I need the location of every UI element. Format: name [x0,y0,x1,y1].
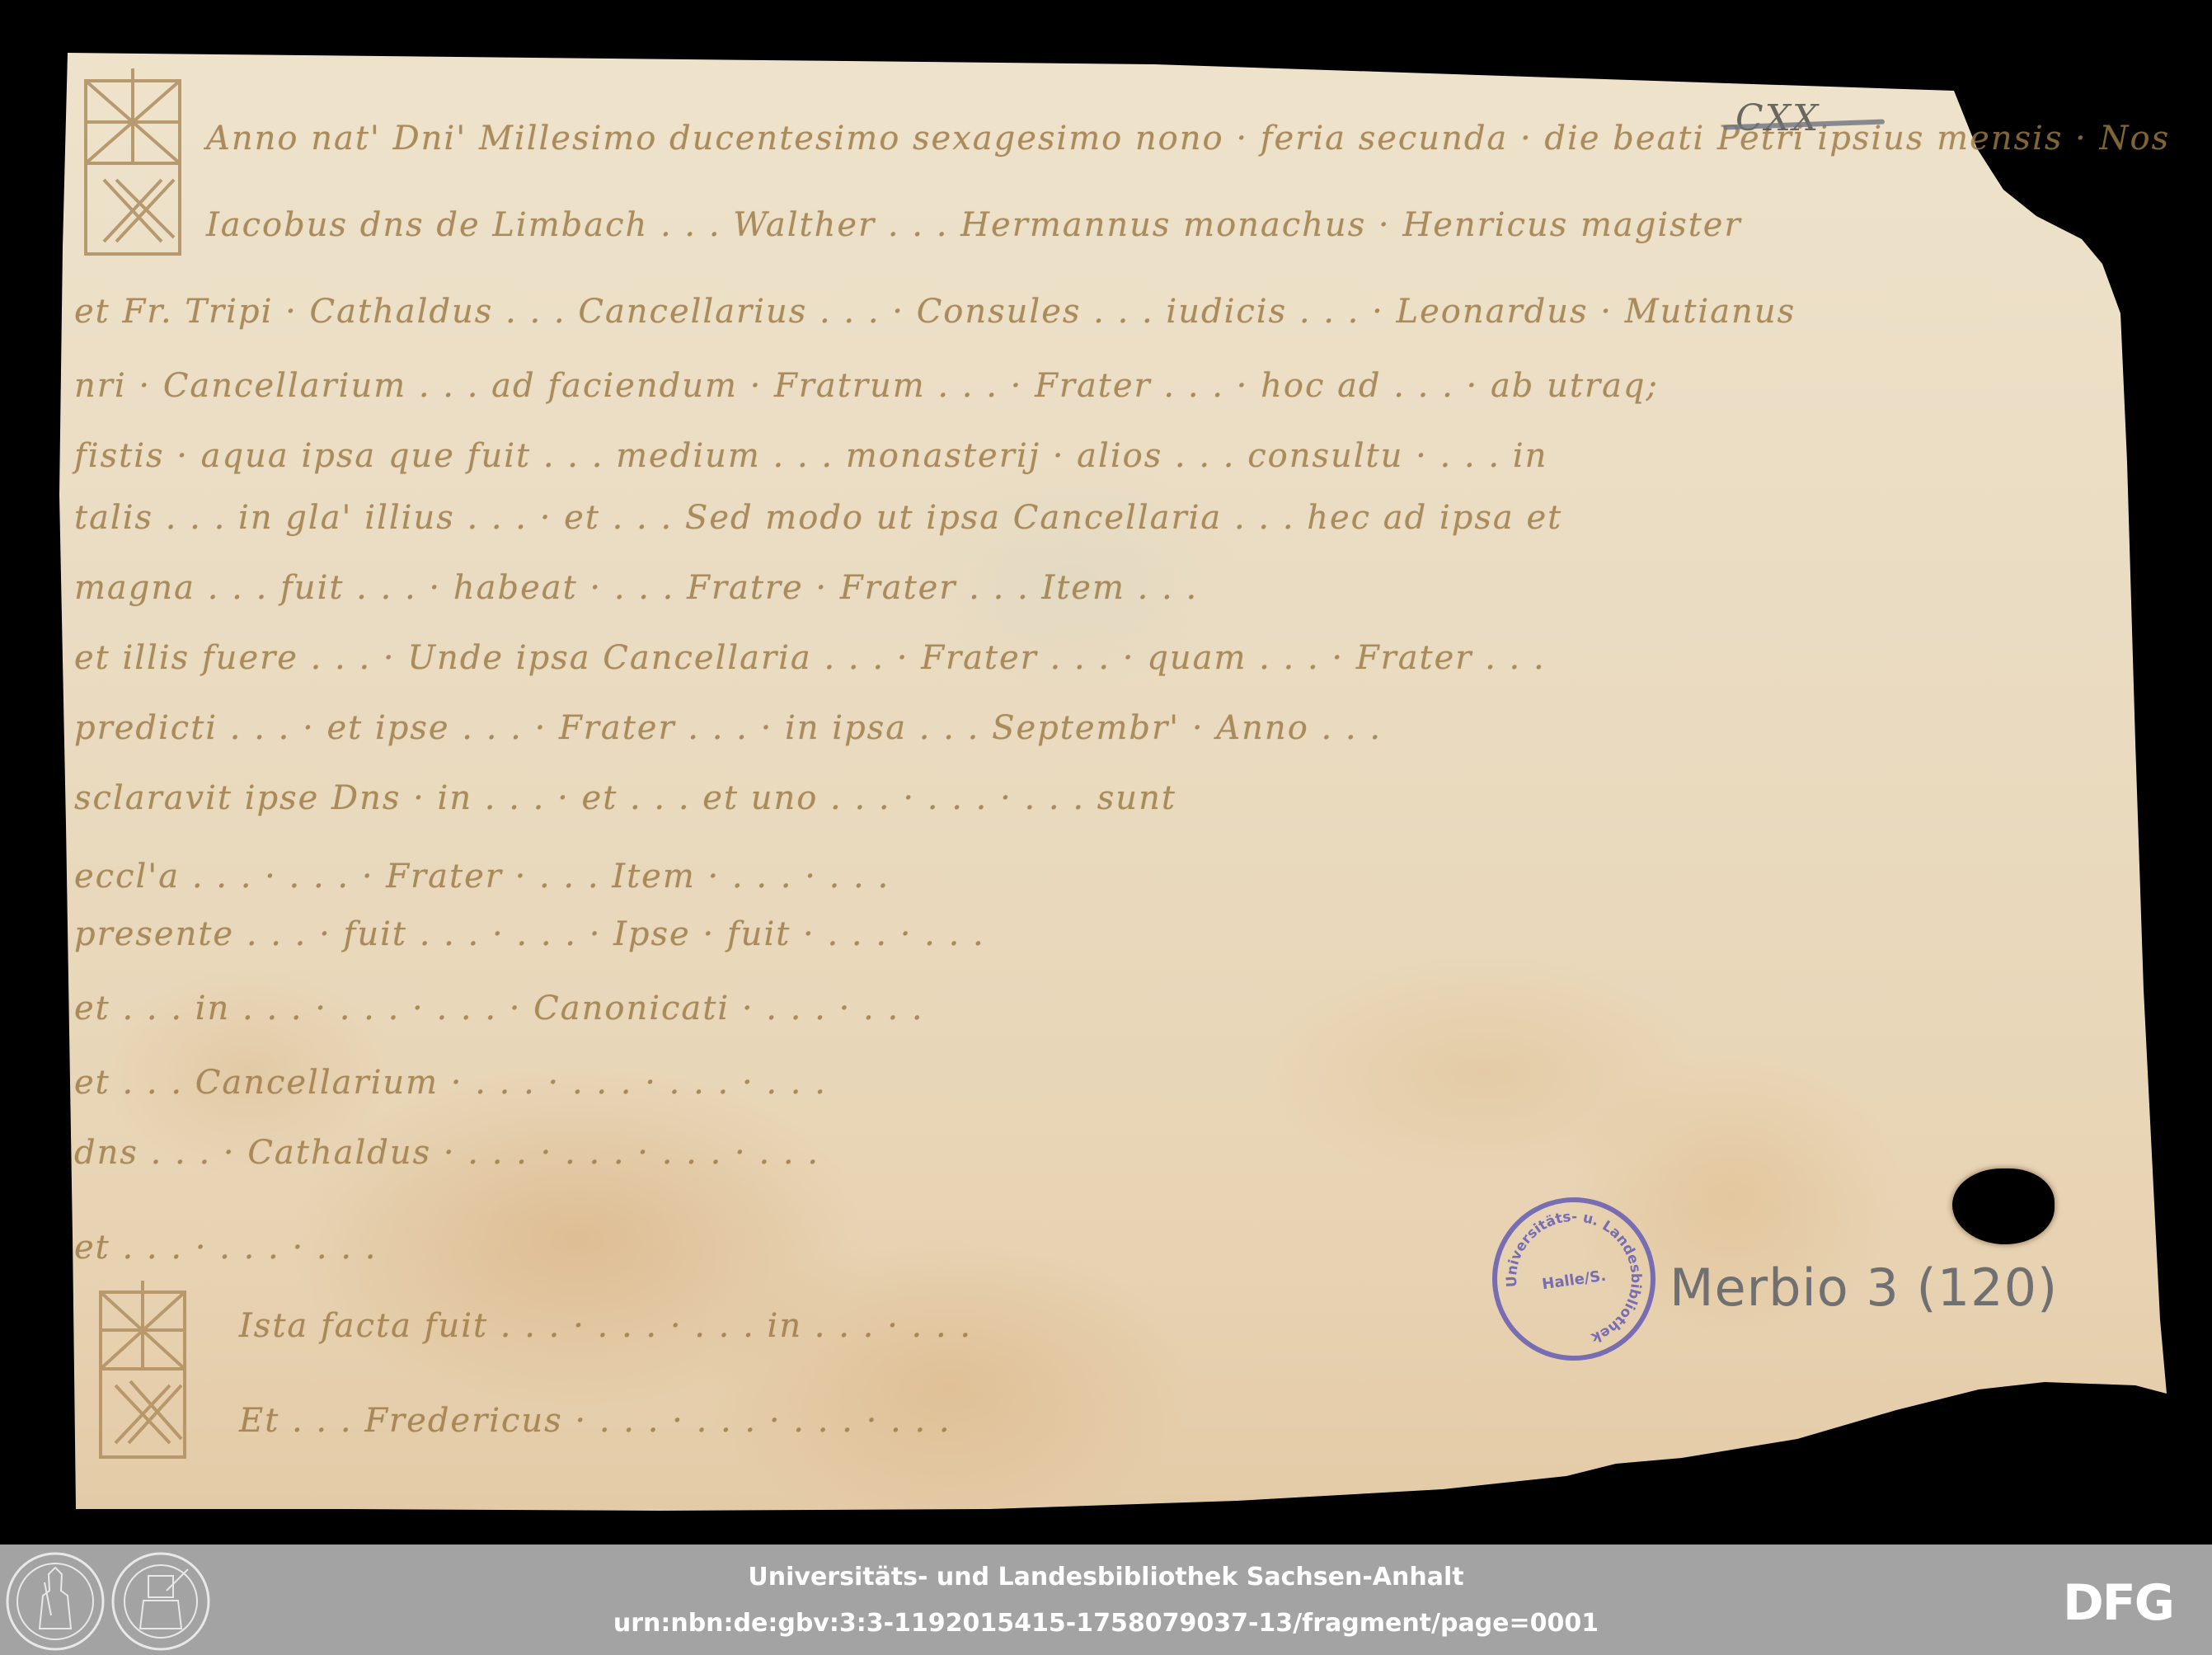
footer-bar: Universitäts- und Landesbibliothek Sachs… [0,1545,2212,1655]
charter-text-line: presente . . . · fuit . . . · . . . · Ip… [74,915,985,953]
notarial-sign-icon [89,1274,196,1464]
notarial-sign-icon [79,64,186,270]
library-name: Universitäts- und Landesbibliothek Sachs… [0,1563,2212,1592]
stamp-inner-text: Halle/S. [1541,1267,1607,1294]
urn-identifier: urn:nbn:de:gbv:3:3-1192015415-1758079037… [0,1609,2212,1638]
charter-text-line: et . . . in . . . · . . . · . . . · Cano… [74,990,924,1027]
charter-text-line: dns . . . · Cathaldus · . . . · . . . · … [74,1134,820,1172]
charter-text-line: et . . . · . . . · . . . [74,1229,377,1267]
library-stamp: Universitäts- u. Landesbibliothek Halle/… [1482,1187,1666,1371]
charter-text-line: eccl'a . . . · . . . · Frater · . . . It… [74,858,890,896]
charter-text-line: magna . . . fuit . . . · habeat · . . . … [74,569,1198,607]
parchment-charter: Anno nat' Dni' Millesimo ducentesimo sex… [0,0,2212,1545]
charter-text-line: talis . . . in gla' illius . . . · et . … [74,499,1562,537]
charter-text-line: et illis fuere . . . · Unde ipsa Cancell… [74,639,1546,677]
charter-text-line: Iacobus dns de Limbach . . . Walther . .… [206,206,1742,244]
parchment-hole [1952,1168,2055,1244]
charter-closing-line: Ista facta fuit . . . · . . . · . . . in… [239,1307,972,1345]
charter-text-line: Anno nat' Dni' Millesimo ducentesimo sex… [206,120,2170,158]
charter-text-line: et . . . Cancellarium · . . . · . . . · … [74,1064,827,1102]
pencil-shelfmark: Merbio 3 (120) [1670,1258,2058,1318]
charter-text-line: fistis · aqua ipsa que fuit . . . medium… [74,437,1547,475]
charter-closing-line: Et . . . Fredericus · . . . · . . . · . … [239,1402,951,1440]
dfg-logo: DFG [2063,1574,2173,1632]
shelfmark-annotation: CXX [1735,97,1820,139]
charter-text-line: et Fr. Tripi · Cathaldus . . . Cancellar… [74,293,1796,331]
charter-text-line: predicti . . . · et ipse . . . · Frater … [74,709,1382,747]
charter-text-line: nri · Cancellarium . . . ad faciendum · … [74,367,1659,405]
document-viewer: Anno nat' Dni' Millesimo ducentesimo sex… [0,0,2212,1545]
charter-text-line: sclaravit ipse Dns · in . . . · et . . .… [74,779,1176,817]
